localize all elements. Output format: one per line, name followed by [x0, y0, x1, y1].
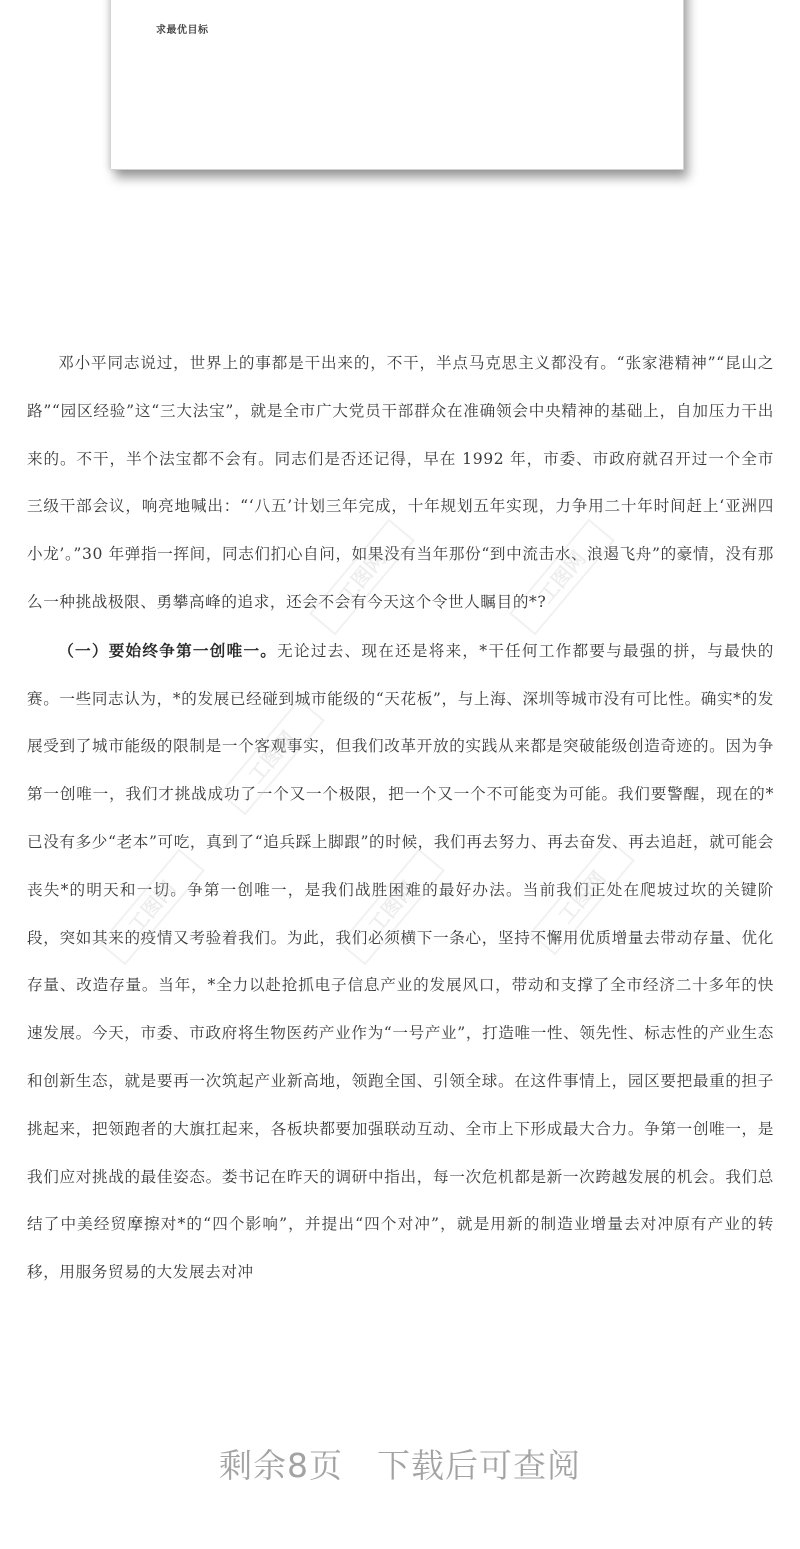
download-hint-label: 下载后可查阅: [377, 1446, 581, 1485]
download-to-read-more-button[interactable]: 剩余8页下载后可查阅: [0, 1440, 800, 1487]
remaining-pages-label: 剩余8页: [219, 1446, 343, 1485]
paragraph: 邓小平同志说过，世界上的事都是干出来的，不干，半点马克思主义都没有。“张家港精神…: [27, 340, 774, 627]
section-heading: （一）要始终争第一创唯一。: [58, 641, 277, 660]
article-body: 邓小平同志说过，世界上的事都是干出来的，不干，半点马克思主义都没有。“张家港精神…: [27, 340, 774, 1297]
paragraph-text: 无论过去、现在还是将来，*干任何工作都要与最强的拼，与最快的赛。一些同志认为，*…: [27, 642, 774, 1281]
paragraph-text: 邓小平同志说过，世界上的事都是干出来的，不干，半点马克思主义都没有。“张家港精神…: [27, 354, 774, 611]
paragraph: （一）要始终争第一创唯一。无论过去、现在还是将来，*干任何工作都要与最强的拼，与…: [27, 627, 774, 1297]
preview-page-tail-line: 求最优目标: [156, 21, 209, 36]
preview-page-card: ……4.坚持…以服务…的目标要求…推动…更高质量发展…全面提升…一体化推进… 求…: [111, 0, 684, 170]
